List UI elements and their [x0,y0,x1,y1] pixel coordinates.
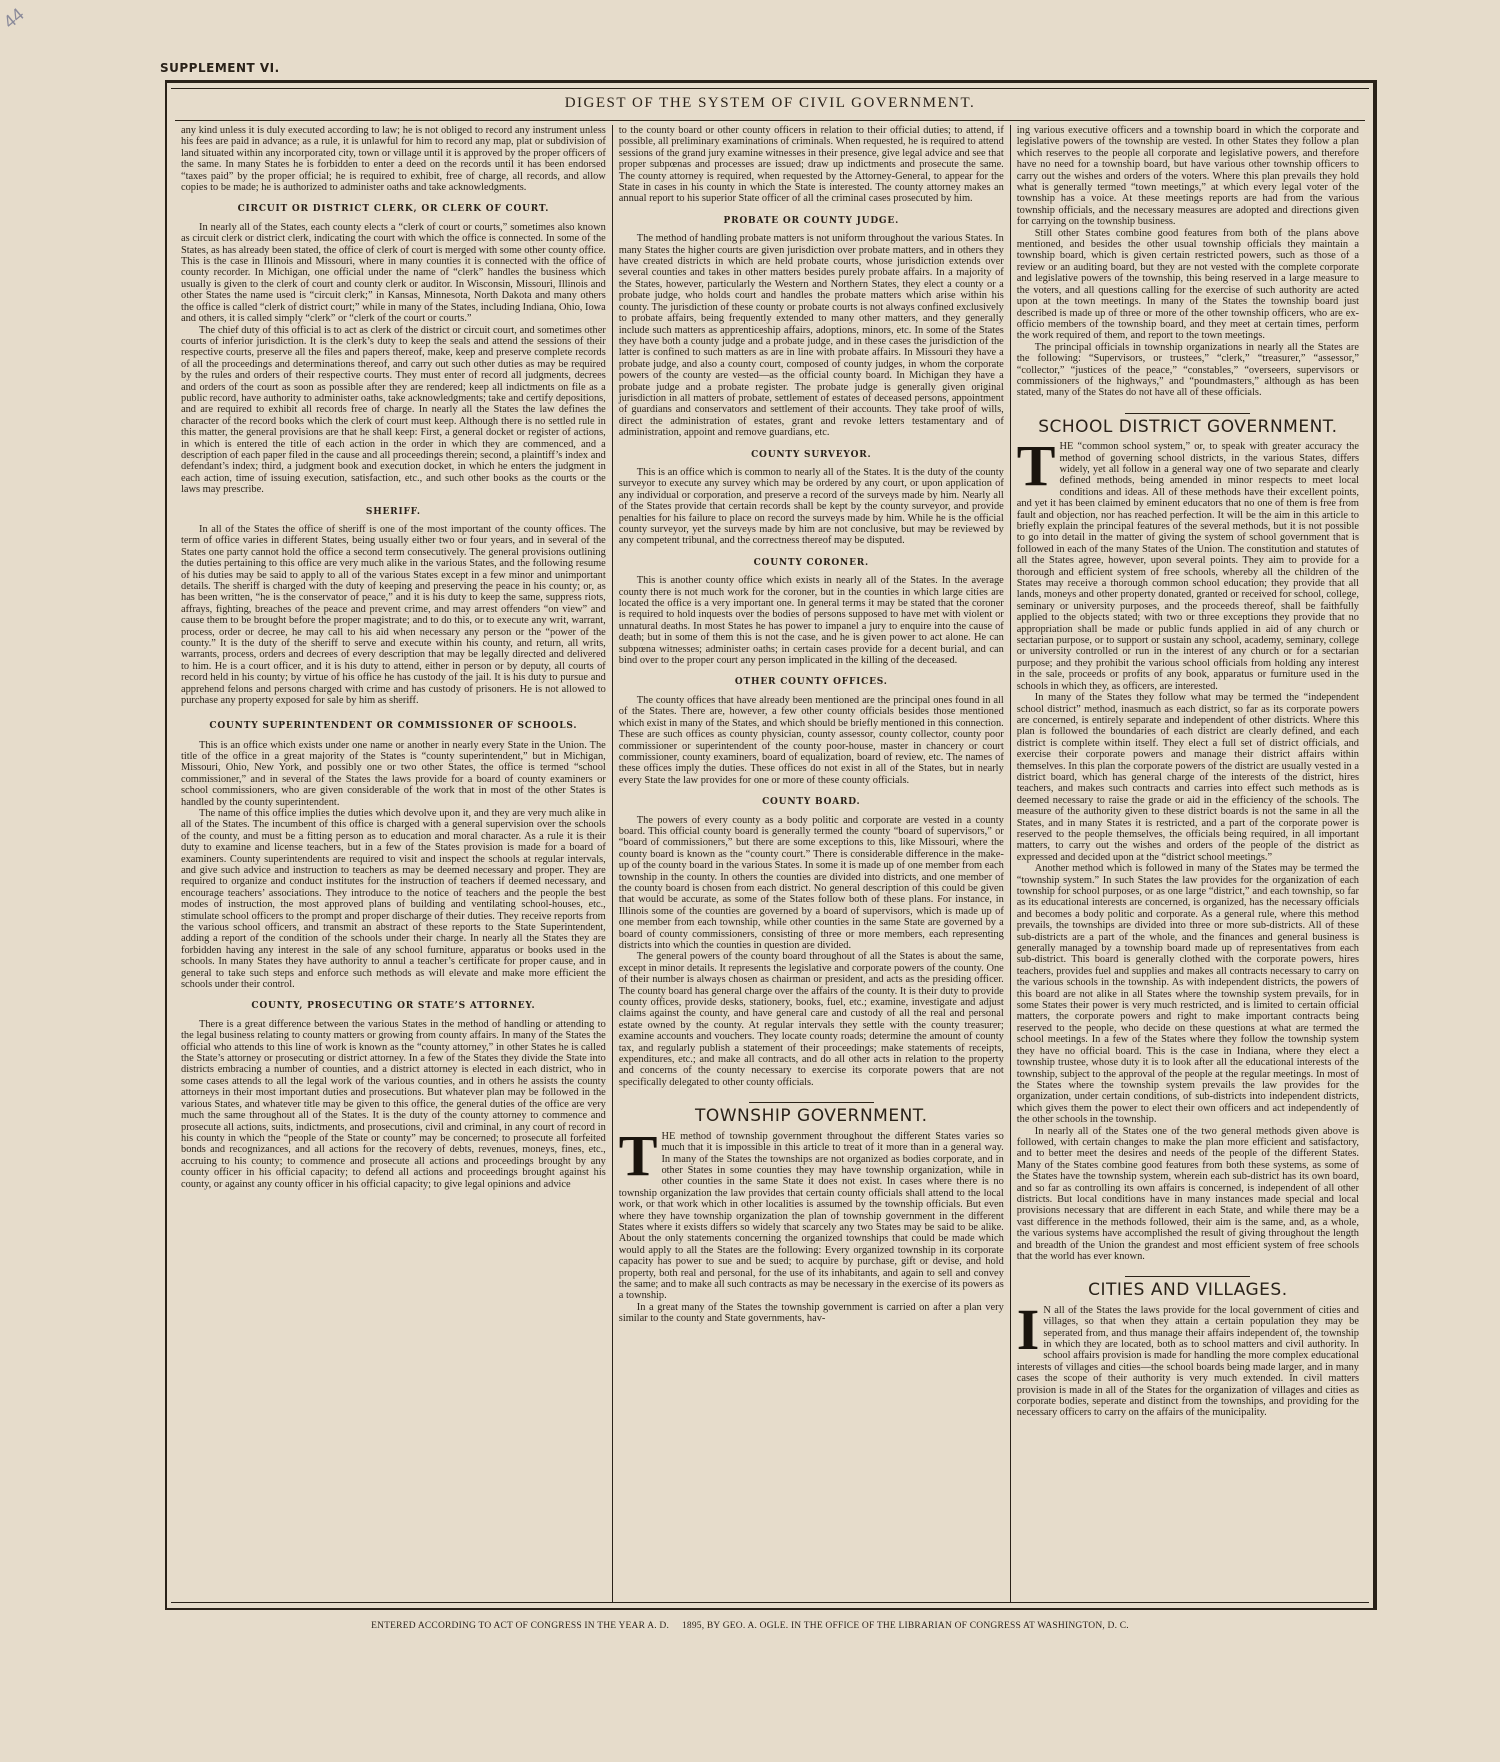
section-divider [749,1102,874,1103]
heading-sheriff: SHERIFF. [181,507,606,518]
paragraph: In nearly all of the States one of the t… [1017,1126,1359,1263]
footer-right: BY GEO. A. OGLE. IN THE OFFICE OF THE LI… [707,1621,1129,1631]
paragraph: Still other States combine good features… [1017,228,1359,342]
heading-county-board: COUNTY BOARD. [619,797,1004,808]
margin-note: 44 [0,4,28,33]
paragraph: Another method which is followed in many… [1017,863,1359,1125]
paragraph: The name of this office implies the duti… [181,808,606,991]
paragraph: HE method of township government through… [619,1131,1004,1302]
school-lead: T HE “common school system,” or, to spea… [1017,441,1359,692]
column-1: any kind unless it is duly executed acco… [175,125,613,1602]
township-lead: T HE method of township government throu… [619,1131,1004,1302]
heading-clerk: CIRCUIT OR DISTRICT CLERK, OR CLERK OF C… [181,204,606,215]
page-frame: DIGEST OF THE SYSTEM OF CIVIL GOVERNMENT… [165,80,1377,1610]
paragraph: The principal officials in township orga… [1017,342,1359,399]
copyright-footer: ENTERED ACCORDING TO ACT OF CONGRESS IN … [0,1621,1500,1631]
heading-other-offices: OTHER COUNTY OFFICES. [619,677,1004,688]
heading-attorney: COUNTY, PROSECUTING OR STATE’S ATTORNEY. [181,1001,606,1012]
paragraph: In nearly all of the States, each county… [181,222,606,325]
title-rule [175,120,1365,121]
drop-cap: I [1017,1307,1040,1353]
paragraph: The general powers of the county board t… [619,951,1004,1088]
heading-surveyor: COUNTY SURVEYOR. [619,450,1004,461]
supplement-label: SUPPLEMENT VI. [160,61,280,75]
heading-township-government: TOWNSHIP GOVERNMENT. [619,1111,1004,1122]
heading-superintendent: COUNTY SUPERINTENDENT OR COMMISSIONER OF… [181,718,606,734]
heading-coroner: COUNTY CORONER. [619,558,1004,569]
heading-cities-villages: CITIES AND VILLAGES. [1017,1285,1359,1296]
section-divider [1125,1276,1250,1277]
paragraph: In a great many of the States the townsh… [619,1302,1004,1325]
column-3: ing various executive officers and a tow… [1011,125,1365,1602]
paragraph: The county offices that have already bee… [619,695,1004,786]
paragraph: HE “common school system,” or, to speak … [1017,441,1359,692]
section-divider [1125,413,1250,414]
paragraph: The powers of every county as a body pol… [619,815,1004,952]
drop-cap: T [1017,443,1056,489]
page-title: DIGEST OF THE SYSTEM OF CIVIL GOVERNMENT… [167,95,1373,112]
paragraph: In all of the States the office of sheri… [181,524,606,707]
heading-probate: PROBATE OR COUNTY JUDGE. [619,216,1004,227]
paragraph: There is a great difference between the … [181,1019,606,1190]
township-continuation: ing various executive officers and a tow… [1017,125,1359,228]
paragraph: This is an office which is common to nea… [619,467,1004,547]
column-2: to the county board or other county offi… [613,125,1011,1602]
heading-school-district: SCHOOL DISTRICT GOVERNMENT. [1017,422,1359,433]
article-columns: any kind unless it is duly executed acco… [175,125,1365,1602]
recorder-continuation: any kind unless it is duly executed acco… [181,125,606,193]
paragraph: The chief duty of this official is to ac… [181,325,606,496]
cities-lead: I N all of the States the laws provide f… [1017,1305,1359,1419]
paragraph: The method of handling probate matters i… [619,233,1004,438]
paragraph: This is an office which exists under one… [181,740,606,808]
paragraph: This is another county office which exis… [619,575,1004,666]
attorney-continuation: to the county board or other county offi… [619,125,1004,205]
paragraph: In many of the States they follow what m… [1017,692,1359,863]
footer-year: 1895, [682,1621,704,1631]
drop-cap: T [619,1133,658,1179]
footer-left: ENTERED ACCORDING TO ACT OF CONGRESS IN … [371,1621,669,1631]
paragraph: N all of the States the laws provide for… [1017,1305,1359,1419]
